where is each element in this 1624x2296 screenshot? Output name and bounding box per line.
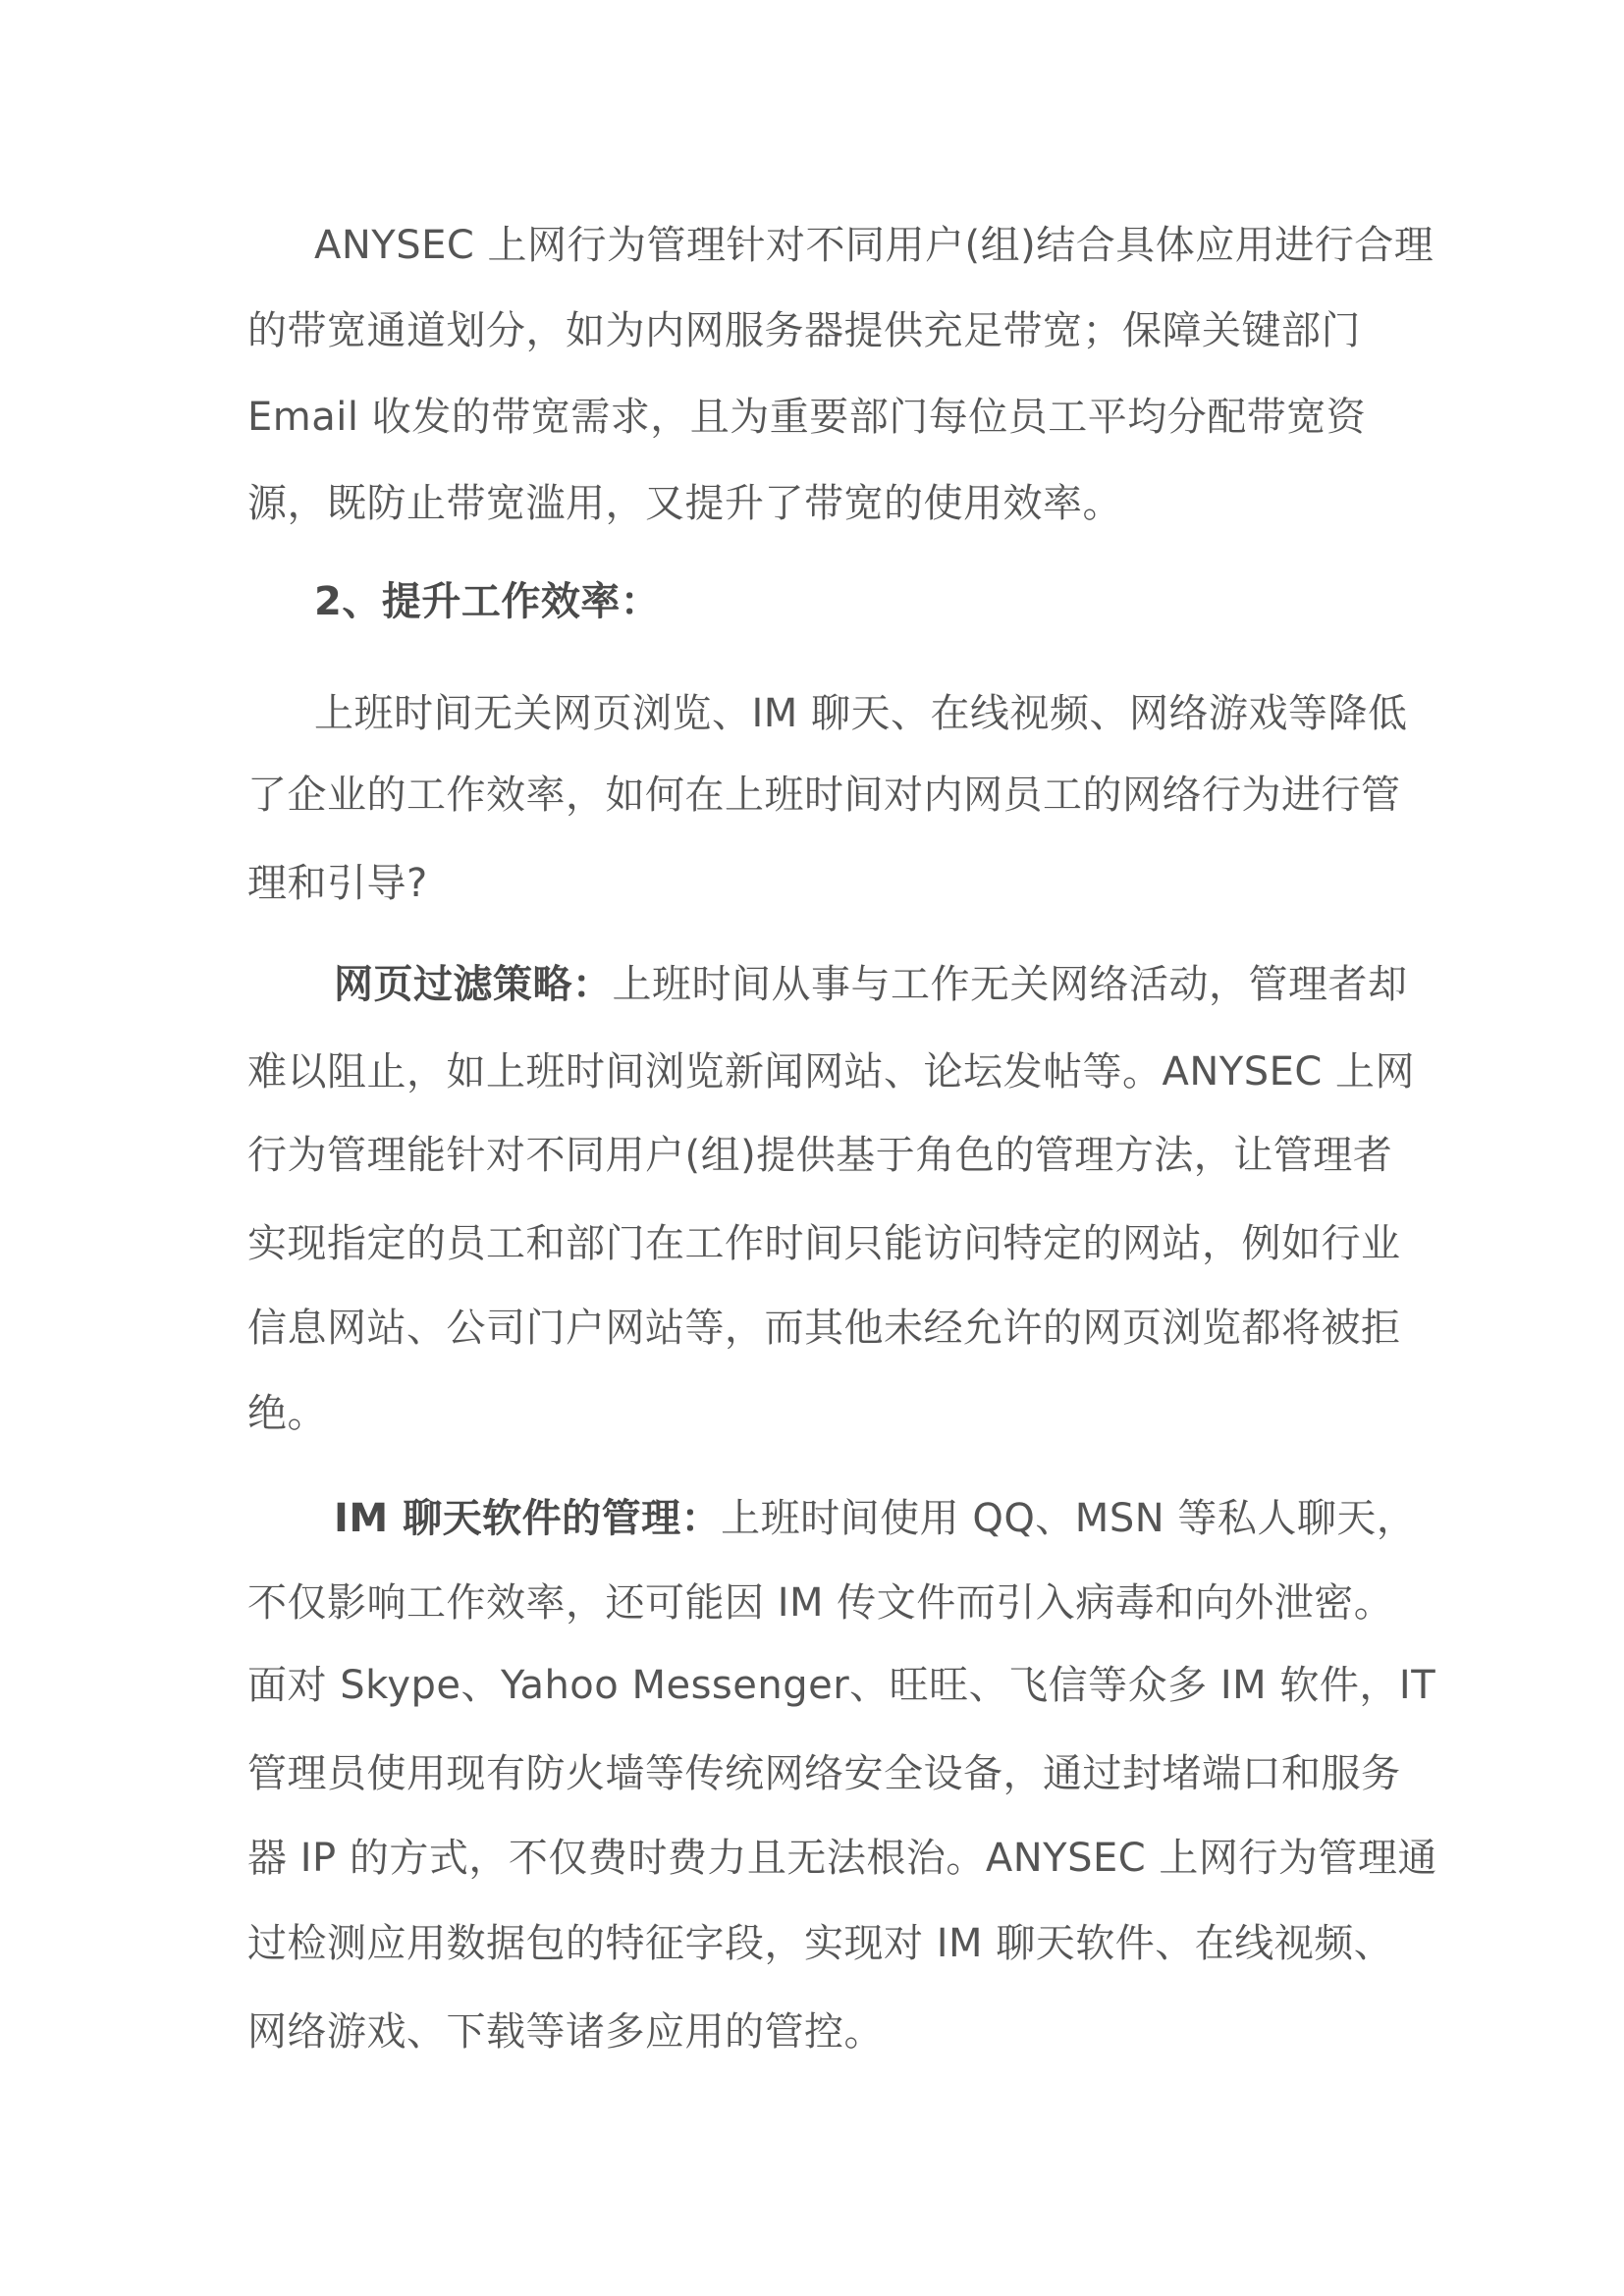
text-line: IM 聊天软件的管理：上班时间使用 QQ、MSN 等私人聊天， bbox=[334, 1495, 1416, 1542]
text-line: 难以阻止，如上班时间浏览新闻网站、论坛发帖等。ANYSEC 上网 bbox=[247, 1048, 1415, 1095]
text-line: 理和引导? bbox=[247, 860, 428, 907]
text-line: 面对 Skype、Yahoo Messenger、旺旺、飞信等众多 IM 软件，… bbox=[247, 1662, 1435, 1709]
text-line: 绝。 bbox=[247, 1390, 327, 1437]
text-line: 管理员使用现有防火墙等传统网络安全设备，通过封堵端口和服务 bbox=[247, 1750, 1401, 1797]
text-line: 源，既防止带宽滥用，又提升了带宽的使用效率。 bbox=[247, 480, 1122, 527]
text-line: 行为管理能针对不同用户(组)提供基于角色的管理方法，让管理者 bbox=[247, 1132, 1392, 1179]
text-span: 上班时间使用 QQ、MSN 等私人聊天， bbox=[721, 1496, 1416, 1541]
text-span: 上班时间从事与工作无关网络活动，管理者却 bbox=[613, 962, 1408, 1007]
text-line: 过检测应用数据包的特征字段，实现对 IM 聊天软件、在线视频、 bbox=[247, 1920, 1393, 1967]
text-line: 信息网站、公司门户网站等，而其他未经允许的网页浏览都将被拒 bbox=[247, 1305, 1401, 1352]
text-line: 不仅影响工作效率，还可能因 IM 传文件而引入病毒和向外泄密。 bbox=[247, 1579, 1393, 1627]
text-line: 网页过滤策略：上班时间从事与工作无关网络活动，管理者却 bbox=[334, 961, 1408, 1008]
text-line: 器 IP 的方式，不仅费时费力且无法根治。ANYSEC 上网行为管理通 bbox=[247, 1835, 1437, 1882]
section-heading: 2、提升工作效率： bbox=[314, 578, 660, 625]
text-line: Email 收发的带宽需求，且为重要部门每位员工平均分配带宽资 bbox=[247, 394, 1366, 441]
text-line: 网络游戏、下载等诸多应用的管控。 bbox=[247, 2008, 884, 2056]
text-line: ANYSEC 上网行为管理针对不同用户(组)结合具体应用进行合理 bbox=[314, 222, 1434, 269]
text-line: 上班时间无关网页浏览、IM 聊天、在线视频、网络游戏等降低 bbox=[314, 690, 1408, 737]
text-line: 的带宽通道划分，如为内网服务器提供充足带宽；保障关键部门 bbox=[247, 307, 1361, 354]
bold-lead-in: 网页过滤策略： bbox=[334, 962, 613, 1007]
text-line: 了企业的工作效率，如何在上班时间对内网员工的网络行为进行管 bbox=[247, 772, 1401, 819]
bold-lead-in: IM 聊天软件的管理： bbox=[334, 1496, 721, 1541]
text-line: 实现指定的员工和部门在工作时间只能访问特定的网站，例如行业 bbox=[247, 1220, 1401, 1267]
document-page: ANYSEC 上网行为管理针对不同用户(组)结合具体应用进行合理 的带宽通道划分… bbox=[0, 0, 1624, 2296]
